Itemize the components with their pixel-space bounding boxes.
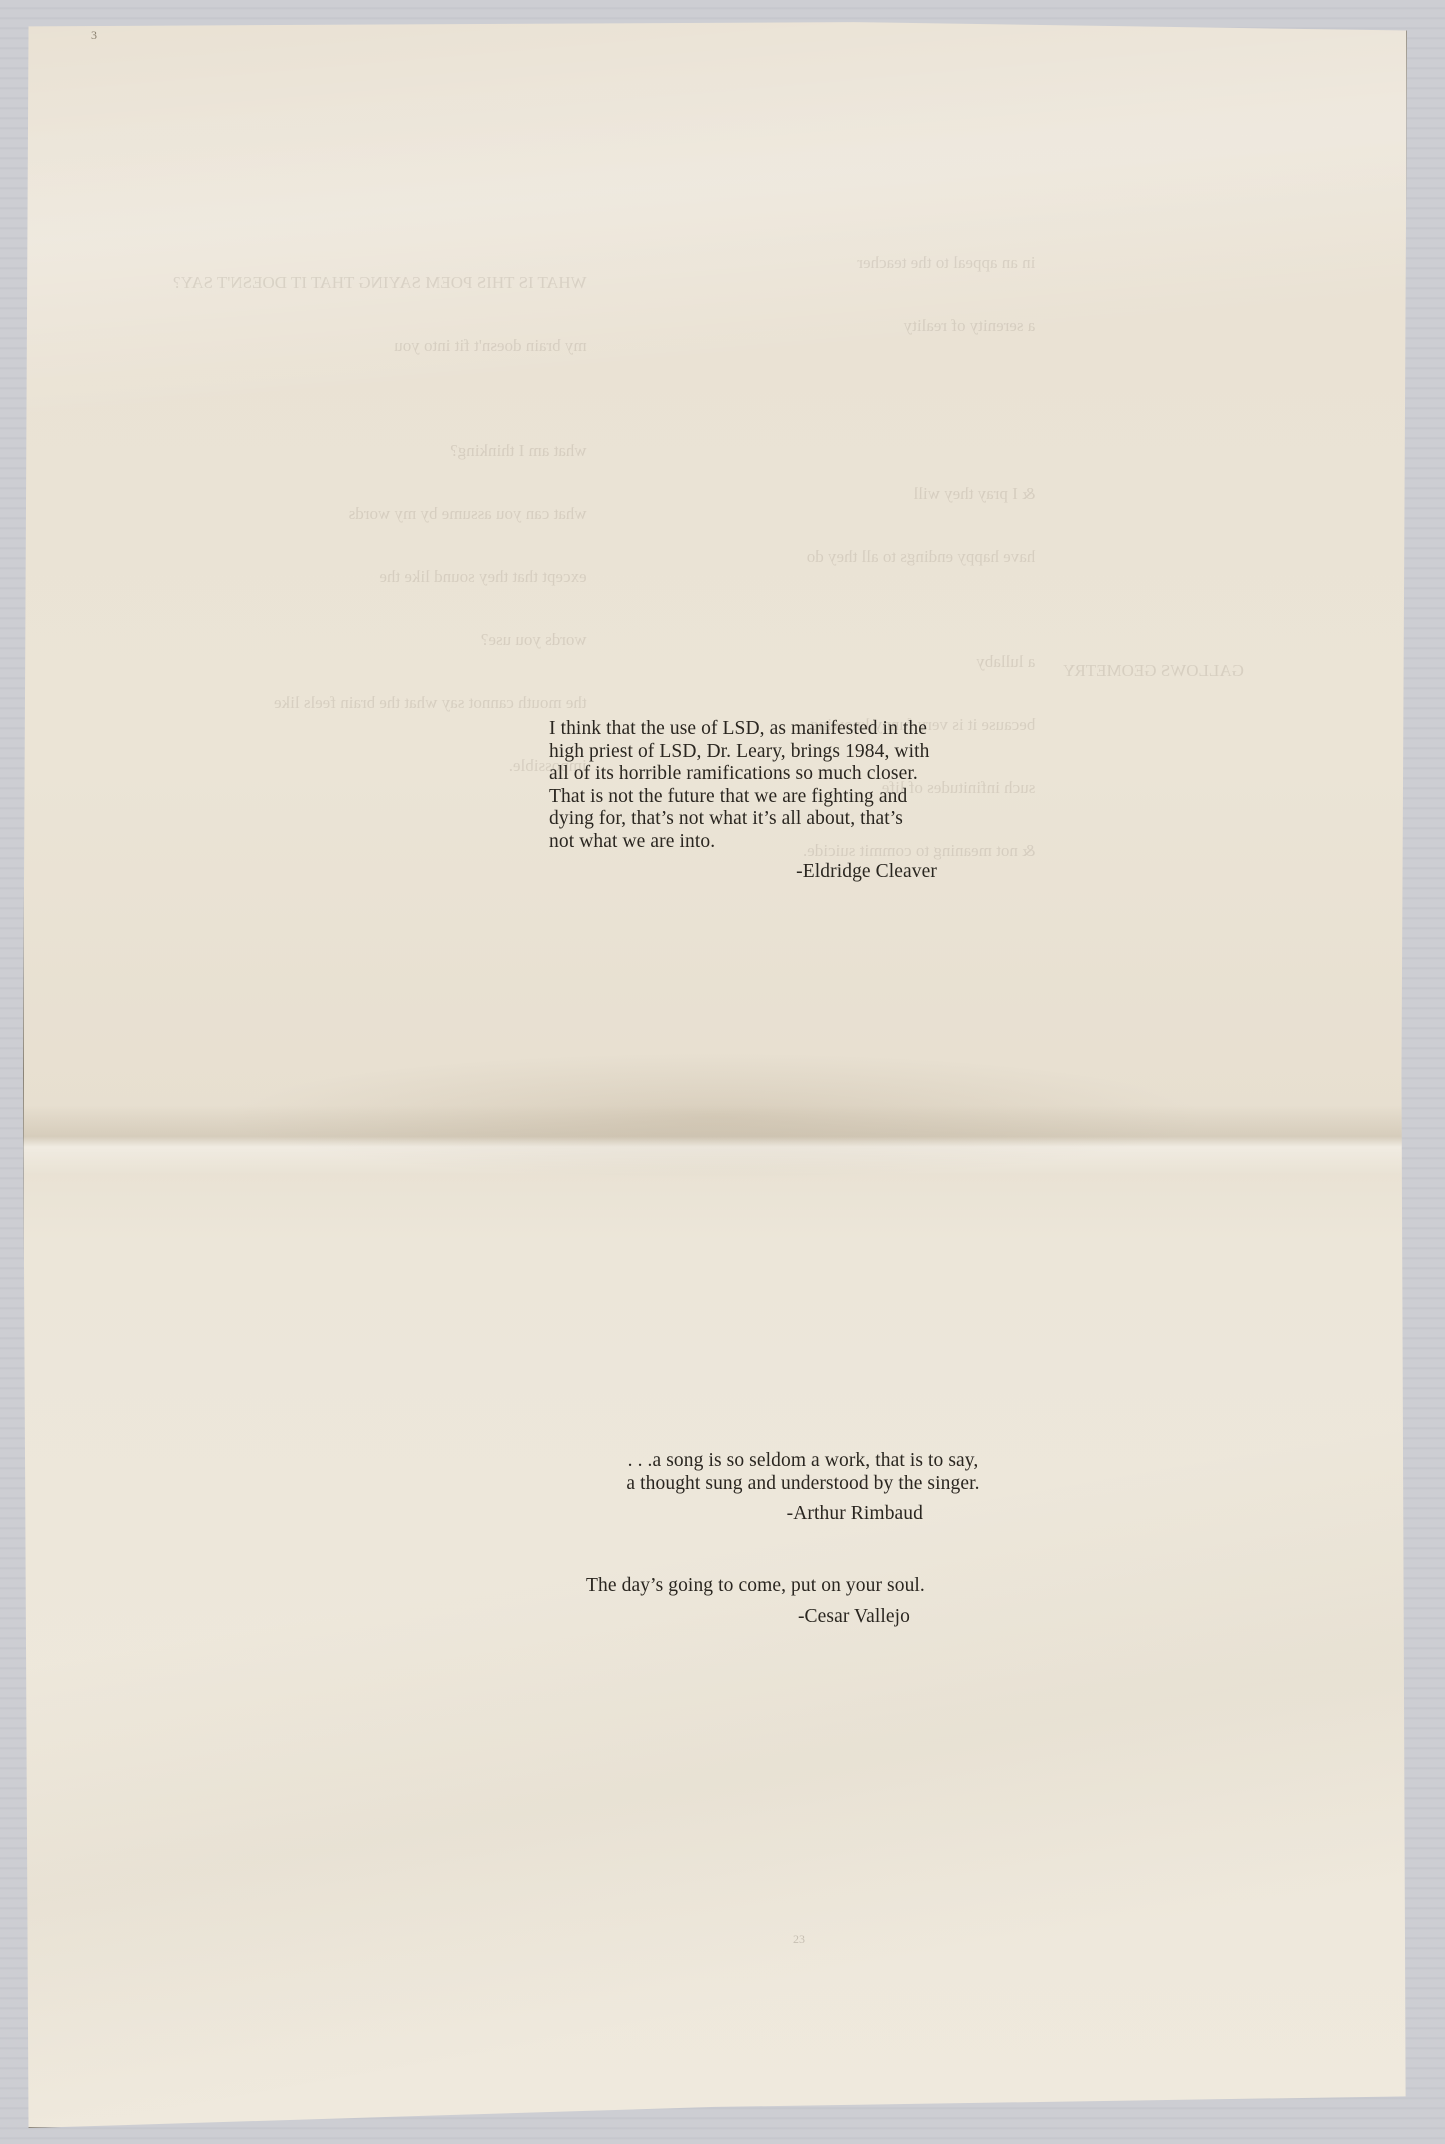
quote-line: . . .a song is so seldom a work, that is… [583, 1450, 1023, 1473]
ghost-line: the mouth cannot say what the brain feel… [173, 692, 587, 713]
ghost-line: have happy endings to all they do [803, 546, 1035, 567]
quote-line: I think that the use of LSD, as manifest… [549, 718, 1029, 741]
quote-line: all of its horrible ramifications so muc… [549, 763, 1029, 786]
ghost-line: impossible. [173, 755, 587, 776]
ghost-line: my brain doesn't fit into you [173, 335, 587, 356]
ghost-line: in an appeal to the teacher [803, 252, 1035, 273]
show-through-left-top: WHAT IS THIS POEM SAYING THAT IT DOESN'T… [173, 230, 587, 818]
ghost-line: a lullaby [803, 651, 1035, 672]
quote-attribution: -Cesar Vallejo [586, 1606, 1006, 1629]
ghost-line: WHAT IS THIS POEM SAYING THAT IT DOESN'T… [173, 272, 587, 293]
quote-attribution: -Arthur Rimbaud [583, 1503, 1023, 1526]
quote-line: That is not the future that we are fight… [549, 786, 1029, 809]
quote-line: dying for, that’s not what it’s all abou… [549, 808, 1029, 831]
ghost-line: words you use? [173, 629, 587, 650]
ghost-line: a serenity of reality [803, 315, 1035, 336]
quote-attribution: -Eldridge Cleaver [549, 861, 1029, 884]
quote-cesar-vallejo: The day’s going to come, put on your sou… [586, 1575, 1006, 1628]
ghost-line: what am I thinking? [173, 440, 587, 461]
quote-line: not what we are into. [549, 831, 1029, 854]
show-through-title: GALLOWS GEOMETRY [1063, 660, 1244, 681]
quote-arthur-rimbaud: . . .a song is so seldom a work, that is… [583, 1450, 1023, 1526]
corner-mark: 3 [91, 28, 97, 43]
quote-line: high priest of LSD, Dr. Leary, brings 19… [549, 741, 1029, 764]
magazine-page: 3 WHAT IS THIS POEM SAYING THAT IT DOESN… [23, 20, 1407, 2128]
ghost-line: what can you assume by my words [173, 503, 587, 524]
page-number: 23 [793, 1932, 805, 1947]
ghost-line: except that they sound like the [173, 566, 587, 587]
quote-eldridge-cleaver: I think that the use of LSD, as manifest… [549, 718, 1029, 884]
ghost-line: & I pray they will [803, 483, 1035, 504]
quote-line: The day’s going to come, put on your sou… [586, 1575, 1006, 1598]
page-fold-crease [23, 1105, 1407, 1175]
quote-line: a thought sung and understood by the sin… [583, 1473, 1023, 1496]
